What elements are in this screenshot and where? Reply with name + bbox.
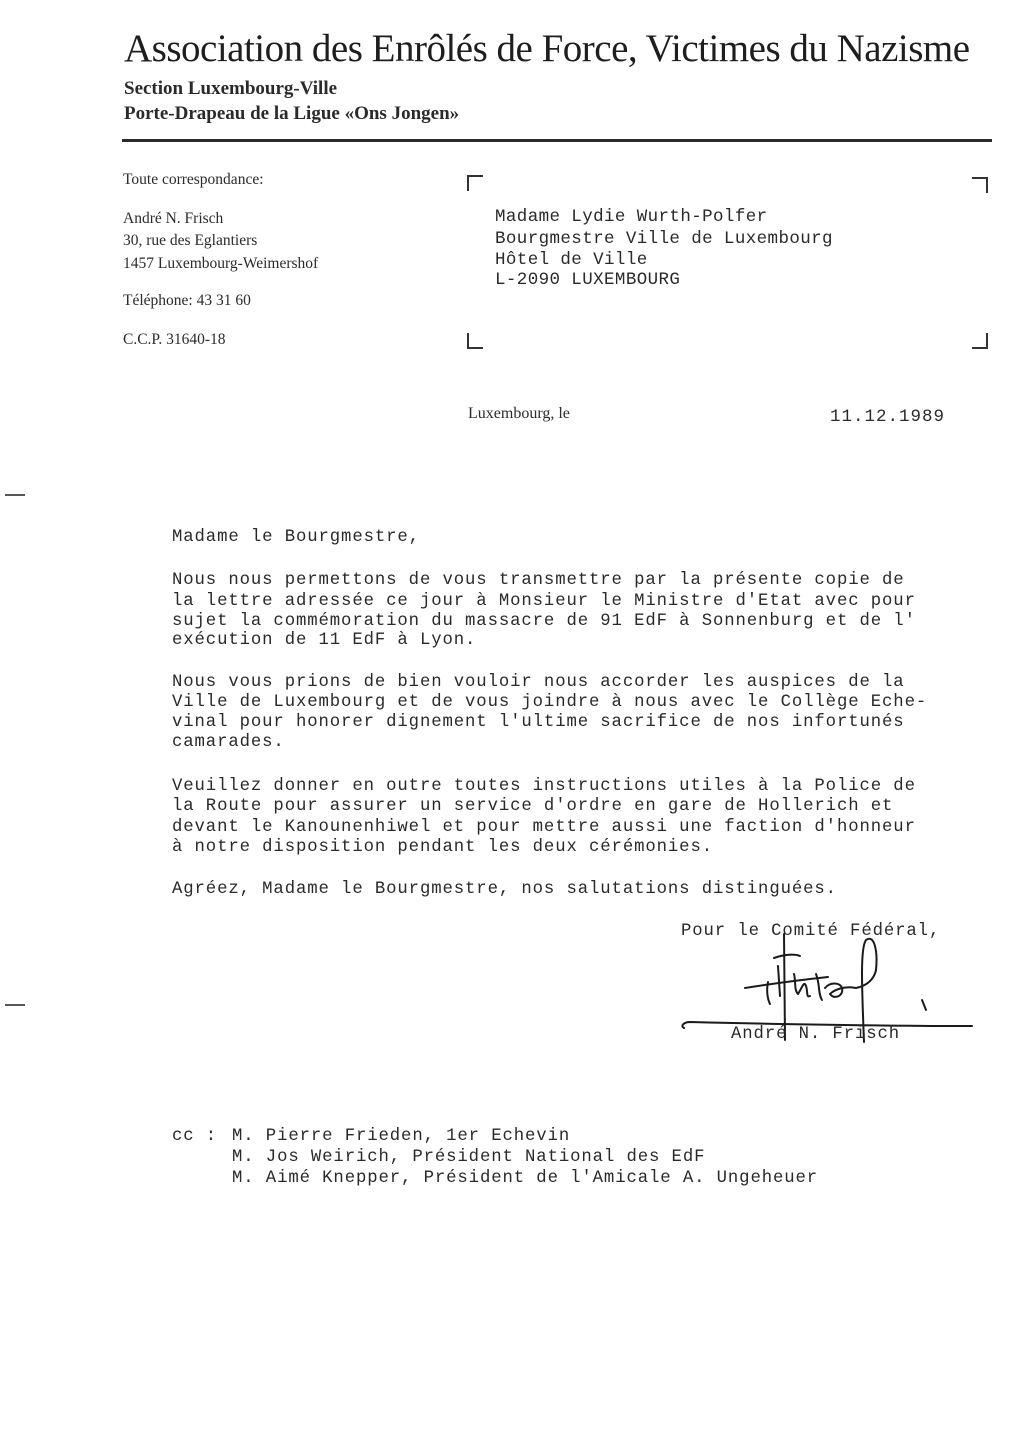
recipient-line: Hôtel de Ville	[495, 250, 648, 270]
body-line: vinal pour honorer dignement l'ultime sa…	[172, 713, 905, 732]
letter-date: 11.12.1989	[830, 407, 945, 427]
address-window-corner-bottom-left	[467, 333, 483, 349]
cc-recipient: M. Aimé Knepper, Président de l'Amicale …	[232, 1169, 818, 1188]
header-divider	[122, 139, 992, 142]
sender-street: 30, rue des Eglantiers	[123, 232, 257, 250]
correspondence-label: Toute correspondance:	[123, 171, 264, 189]
letterhead-league: Porte-Drapeau de la Ligue «Ons Jongen»	[124, 103, 459, 125]
address-window-corner-top-right	[972, 177, 988, 193]
body-line: devant le Kanounenhiwel et pour mettre a…	[172, 818, 916, 837]
body-line: camarades.	[172, 733, 285, 752]
sender-phone: Téléphone: 43 31 60	[123, 292, 251, 310]
address-window-corner-top-left	[467, 175, 483, 191]
signatory-name: André N. Frisch	[731, 1025, 900, 1044]
fold-mark	[5, 1004, 25, 1006]
body-line: exécution de 11 EdF à Lyon.	[172, 631, 476, 650]
body-line: à notre disposition pendant les deux cér…	[172, 838, 713, 857]
address-window-corner-bottom-right	[972, 333, 988, 349]
body-line: Ville de Luxembourg et de vous joindre à…	[172, 693, 927, 712]
body-line: la lettre adressée ce jour à Monsieur le…	[172, 592, 916, 611]
sender-ccp: C.C.P. 31640-18	[123, 331, 226, 349]
recipient-line: Madame Lydie Wurth-Polfer	[495, 207, 768, 227]
recipient-line: L-2090 LUXEMBOURG	[495, 270, 680, 290]
sender-city: 1457 Luxembourg-Weimershof	[123, 255, 318, 273]
body-line: Nous nous permettons de vous transmettre…	[172, 571, 905, 590]
cc-recipient: M. Jos Weirich, Président National des E…	[232, 1148, 705, 1167]
complimentary-close: Agréez, Madame le Bourgmestre, nos salut…	[172, 880, 837, 899]
cc-label: cc :	[172, 1127, 217, 1146]
recipient-line: Bourgmestre Ville de Luxembourg	[495, 229, 833, 249]
letterhead-title: Association des Enrôlés de Force, Victim…	[124, 26, 970, 71]
body-line: la Route pour assurer un service d'ordre…	[172, 797, 893, 816]
body-line: Nous vous prions de bien vouloir nous ac…	[172, 673, 905, 692]
letterhead-section: Section Luxembourg-Ville	[124, 78, 337, 100]
sender-name: André N. Frisch	[123, 210, 223, 228]
body-line: sujet la commémoration du massacre de 91…	[172, 612, 916, 631]
fold-mark	[5, 494, 25, 496]
dateline-place: Luxembourg, le	[468, 405, 570, 423]
cc-recipient: M. Pierre Frieden, 1er Echevin	[232, 1127, 570, 1146]
body-line: Veuillez donner en outre toutes instruct…	[172, 777, 916, 796]
salutation: Madame le Bourgmestre,	[172, 528, 420, 547]
